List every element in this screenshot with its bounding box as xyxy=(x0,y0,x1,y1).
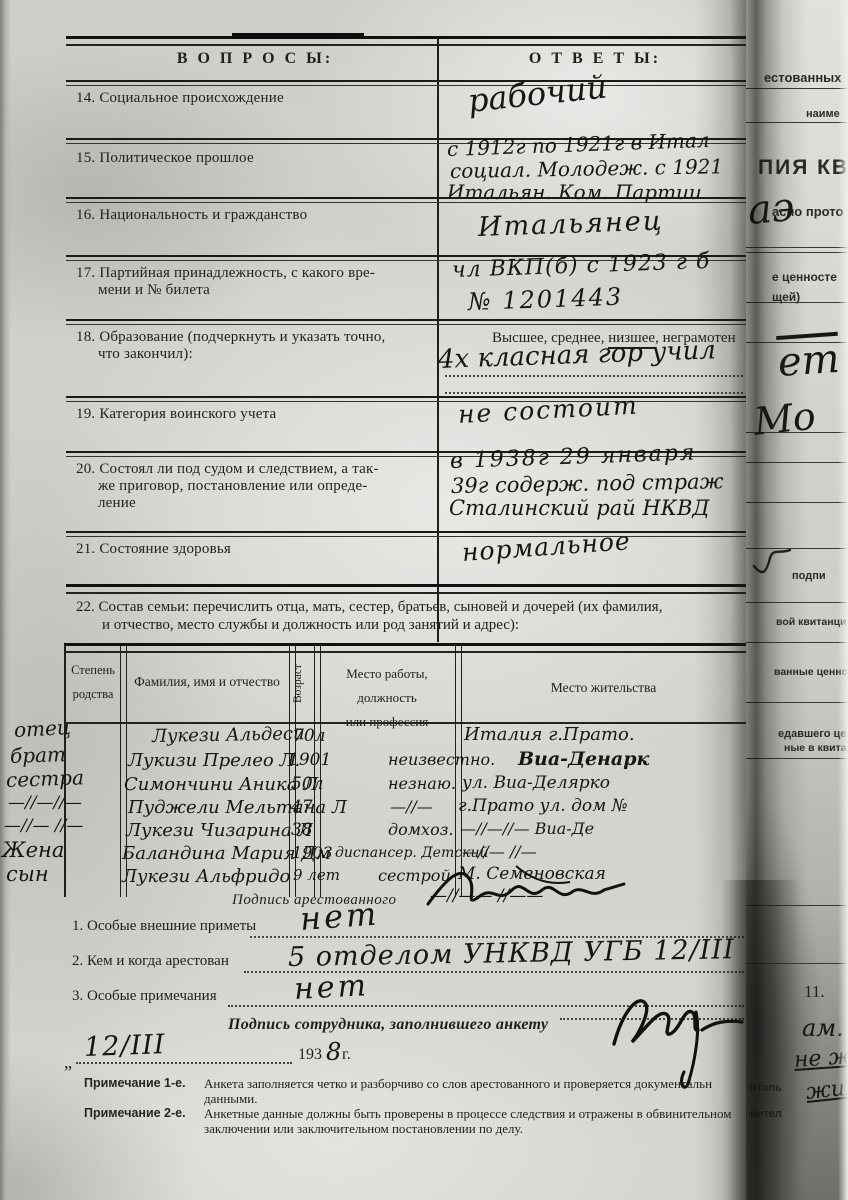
page2-rule xyxy=(746,502,848,503)
questionnaire-page: В О П Р О С Ы: О Т В Е Т Ы: 14. Социальн… xyxy=(0,0,746,1200)
family-header-relation: Степень родства xyxy=(66,658,120,706)
question-18-line2: что закончил): xyxy=(76,346,436,363)
answer-18-handwriting: 4х класная гор учил xyxy=(437,335,716,375)
family-relation-3: сестра xyxy=(6,765,85,792)
family-row-residence: г.Прато ул. дом № xyxy=(458,796,628,816)
family-row-residence: Виа-Денарк xyxy=(518,748,649,770)
row-separator xyxy=(66,531,746,537)
answers-column-header: О Т В Е Т Ы: xyxy=(460,50,730,68)
question-15-number: 15. xyxy=(76,150,95,166)
question-19-text: Категория воинского учета xyxy=(99,406,276,422)
question-20-line3: ление xyxy=(76,495,441,512)
question-14: 14. Социальное происхождение xyxy=(76,90,426,107)
item-3-number: 3. xyxy=(72,988,83,1004)
page2-rule xyxy=(746,462,848,463)
page2-fragment: нталь xyxy=(750,1082,782,1094)
question-21: 21. Состояние здоровья xyxy=(76,541,426,558)
question-15: 15. Политическое прошлое xyxy=(76,150,426,167)
question-15-text: Политическое прошлое xyxy=(99,150,253,166)
page2-rule xyxy=(746,252,848,253)
row-separator xyxy=(66,319,746,325)
page2-rule xyxy=(746,905,848,906)
family-row-age: 1901 xyxy=(288,750,331,770)
note-2-line1: Анкетные данные должны быть проверены в … xyxy=(204,1106,746,1122)
question-17-line1: 17. Партийная принадлежность, с какого в… xyxy=(76,265,436,282)
question-21-number: 21. xyxy=(76,541,95,557)
family-relation-7: сын xyxy=(6,862,49,886)
question-22-line1: 22. Состав семьи: перечислить отца, мать… xyxy=(76,598,746,616)
question-22-text1: Состав семьи: перечислить отца, мать, се… xyxy=(99,599,663,615)
family-header-residence: Место жительства xyxy=(461,680,746,696)
answer-20-line2: 39г содерж. под страж xyxy=(451,469,724,498)
item-1-answer: нет xyxy=(299,895,381,938)
page2-rule xyxy=(746,758,848,759)
note-1-label: Примечание 1-е. xyxy=(84,1076,186,1090)
page2-rule xyxy=(746,88,848,89)
item-1-label: 1. Особые внешние приметы xyxy=(72,918,256,935)
family-table-top-border xyxy=(64,643,746,653)
answer-20-line1: в 1938г 29 января xyxy=(450,440,697,474)
page2-fragment: подпи xyxy=(792,570,826,582)
table-top-border-segment xyxy=(232,33,364,38)
family-header-name: Фамилия, имя и отчество xyxy=(126,674,288,690)
family-row-residence: ул. Виа-Делярко xyxy=(462,773,610,793)
item-3-text: Особые примечания xyxy=(87,988,217,1004)
family-row-work: незнаю. xyxy=(388,774,456,793)
page2-handwriting: ет xyxy=(776,336,841,386)
family-row-age: 47 xyxy=(291,797,313,817)
question-20-number: 20. xyxy=(76,461,95,477)
page2-fragment: вой квитанци xyxy=(776,616,847,628)
question-18-text1: Образование (подчеркнуть и указать точно… xyxy=(99,329,385,345)
family-relation-1: отец xyxy=(13,715,71,742)
question-22-number: 22. xyxy=(76,599,95,615)
page2-rule xyxy=(746,642,848,643)
answer-17-line2: № 1201443 xyxy=(468,283,624,316)
page2-fragment-number: 11. xyxy=(804,982,825,1002)
question-18-number: 18. xyxy=(76,329,95,345)
scanned-arrest-questionnaire: В О П Р О С Ы: О Т В Е Т Ы: 14. Социальн… xyxy=(0,0,848,1200)
answer-15-line2: социал. Молодеж. с 1921 xyxy=(450,154,724,183)
question-21-text: Состояние здоровья xyxy=(99,541,231,557)
date-year-handwriting: 8 xyxy=(326,1038,341,1066)
family-row-work: домхоз. xyxy=(388,820,454,839)
page2-fragment: ПИЯ КВИ xyxy=(758,156,848,180)
column-divider xyxy=(437,38,439,642)
question-17-line2: мени и № билета xyxy=(76,282,436,299)
page2-handwriting: аэ xyxy=(746,184,796,234)
question-17-number: 17. xyxy=(76,265,95,281)
family-header-work-1: Место работы, должность xyxy=(320,662,454,710)
note-1-line1: Анкета заполняется четко и разборчиво со… xyxy=(204,1076,746,1092)
page2-handwriting: жил xyxy=(805,1075,848,1105)
family-row-name: Лукези Альфридо xyxy=(122,866,290,887)
question-20-line2: же приговор, постановление или опреде- xyxy=(76,478,441,495)
family-row-age: 9 лет xyxy=(293,866,340,884)
page2-fragment: наиме xyxy=(806,108,840,120)
item-3-label: 3. Особые примечания xyxy=(72,988,217,1005)
answer-dotted-line xyxy=(445,375,743,377)
question-18: 18. Образование (подчеркнуть и указать т… xyxy=(76,329,436,363)
question-19-number: 19. xyxy=(76,406,95,422)
family-relation-6: Жена xyxy=(2,838,64,862)
table-top-border xyxy=(66,36,746,46)
question-17: 17. Партийная принадлежность, с какого в… xyxy=(76,265,436,299)
family-row-work: неизвестно. xyxy=(388,750,495,769)
page2-fragment: нител xyxy=(750,1108,782,1120)
family-row-name: Лукези Альдеси xyxy=(152,723,305,747)
family-header-work-2: или профессия xyxy=(320,710,454,734)
family-row-name: Лукези Чизарина Л xyxy=(126,820,313,841)
question-20-line1: 20. Состоял ли под судом и следствием, а… xyxy=(76,461,441,478)
question-17-text1: Партийная принадлежность, с какого вре- xyxy=(99,265,375,281)
row-separator xyxy=(66,197,746,203)
item-2-label: 2. Кем и когда арестован xyxy=(72,953,229,970)
date-day-month-handwriting: 12/III xyxy=(83,1029,165,1063)
arrested-signature xyxy=(420,856,650,918)
answer-20-line3: Сталинский рай НКВД xyxy=(449,496,710,520)
question-16-number: 16. xyxy=(76,207,95,223)
note-1-line2: данными. xyxy=(204,1091,257,1107)
item-3-answer: нет xyxy=(293,968,370,1007)
question-14-text: Социальное происхождение xyxy=(99,90,284,106)
date-dotted-line xyxy=(76,1062,292,1064)
item-2-text: Кем и когда арестован xyxy=(87,953,229,969)
family-relation-2: брат xyxy=(10,742,67,768)
question-20: 20. Состоял ли под судом и следствием, а… xyxy=(76,461,441,512)
item-2-answer: 5 отделом УНКВД УГБ 12/III xyxy=(288,934,735,973)
answer-16-handwriting: Итальянец xyxy=(477,206,664,243)
note-2-line2: заключении или заключительном постановле… xyxy=(204,1121,523,1137)
page2-fragment: щей) xyxy=(772,290,800,304)
answer-14-handwriting: рабочий xyxy=(466,68,609,120)
date-year-printed: 193 xyxy=(298,1046,322,1064)
family-row-residence: —//—//— Виа-Де xyxy=(460,819,594,838)
family-row-age: 70л xyxy=(293,726,325,746)
table-bottom-border xyxy=(66,584,746,594)
family-header-age: Возраст xyxy=(292,653,313,715)
family-row-work: —//— xyxy=(390,797,433,816)
family-row-name: Симончини Аника Л xyxy=(124,774,318,795)
family-row-age: 50л xyxy=(291,774,323,794)
question-18-line1: 18. Образование (подчеркнуть и указать т… xyxy=(76,329,436,346)
page2-fragment: е ценносте xyxy=(772,270,837,284)
family-relation-4: —//—//— xyxy=(8,793,82,813)
family-header-work: Место работы, должность или профессия xyxy=(320,662,454,734)
item-1-number: 1. xyxy=(72,918,83,934)
item-2-number: 2. xyxy=(72,953,83,969)
page2-rule xyxy=(746,122,848,123)
page2-rule xyxy=(746,963,848,964)
family-header-relation-1: Степень xyxy=(66,658,120,682)
row-separator xyxy=(66,396,438,402)
question-22: 22. Состав семьи: перечислить отца, мать… xyxy=(76,598,746,634)
header-separator xyxy=(66,80,746,86)
family-relation-5: —//— //— xyxy=(4,816,83,836)
date-year-suffix: г. xyxy=(342,1046,351,1064)
question-19: 19. Категория воинского учета xyxy=(76,406,426,423)
page2-handwriting: не ж xyxy=(793,1044,848,1073)
date-open-quote: „ xyxy=(64,1052,72,1073)
page2-rule xyxy=(746,602,848,603)
question-14-number: 14. xyxy=(76,90,95,106)
family-row-name: Лукизи Прелео Л. xyxy=(128,750,300,771)
family-row-age: 38 xyxy=(291,820,313,840)
page2-handwriting: Мо xyxy=(752,394,818,444)
page2-fragment: ванные ценно xyxy=(774,666,848,678)
question-16-text: Национальность и гражданство xyxy=(99,207,307,223)
item-1-text: Особые внешние приметы xyxy=(87,918,256,934)
page2-rule xyxy=(746,702,848,703)
questions-column-header: В О П Р О С Ы: xyxy=(90,50,420,68)
page2-fragment: естованных xyxy=(764,70,842,85)
note-2-label: Примечание 2-е. xyxy=(84,1106,186,1120)
question-22-line2: и отчество, место службы и должность или… xyxy=(76,616,746,634)
question-20-text1: Состоял ли под судом и следствием, а так… xyxy=(99,461,378,477)
officer-signature-label: Подпись сотрудника, заполнившего анкету xyxy=(228,1016,548,1034)
page2-rule xyxy=(746,247,848,248)
family-header-relation-2: родства xyxy=(66,682,120,706)
page2-checkmark-scrawl xyxy=(750,546,794,580)
page2-fragment: едавшего це xyxy=(778,728,846,740)
family-row-residence: Италия г.Прато. xyxy=(464,724,635,745)
page2-fragment: ные в квитан xyxy=(784,742,848,754)
question-16: 16. Национальность и гражданство xyxy=(76,207,426,224)
page2-handwriting: ам. xyxy=(802,1014,844,1042)
family-row-name: Пуджели Мельтана Л xyxy=(128,797,347,818)
family-row-age: 1903 xyxy=(292,843,333,862)
adjacent-page-edge: естованных наиме ПИЯ КВИ асно прото е це… xyxy=(746,0,848,1200)
